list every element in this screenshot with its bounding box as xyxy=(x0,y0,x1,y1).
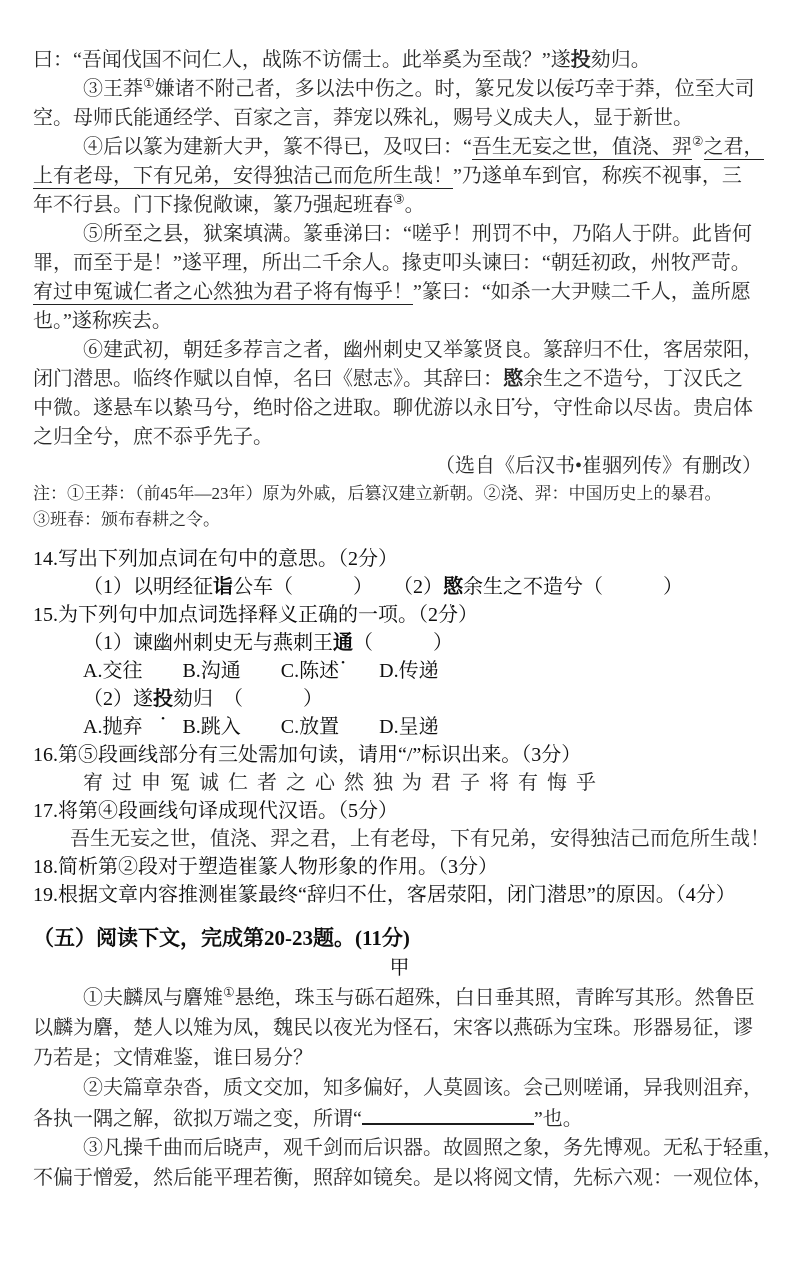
source-attribution: （选自《后汉书•崔骃列传》有删改） xyxy=(33,452,766,481)
passage-line: 以麟为麏，楚人以雉为凤，魏民以夜光为怪石，宋客以燕砾为宝珠。形器易征，谬 xyxy=(33,1013,766,1043)
text-run: （1）以明经征 xyxy=(83,576,213,598)
punctuation-exercise-line: 宥 过 申 冤 诚 仁 者 之 心 然 独 为 君 子 将 有 悔 乎 xyxy=(33,769,766,797)
passage-line: 之归全兮，庶不忝乎先子。 xyxy=(33,423,766,452)
underlined-clause: 宥过申冤诚仁者之心然独为君子将有悔乎！ xyxy=(33,281,413,305)
text-run: （1）谏幽州刺史无与燕刺王 xyxy=(83,632,333,654)
footnote-ref-marker: ① xyxy=(223,984,235,999)
passage-line: 也。”遂称疾去。 xyxy=(33,307,766,336)
text-run: 之归全兮，庶不忝乎先子。 xyxy=(33,426,273,448)
text-run: 罪，而至于是！”遂平理，所出二千余人。掾吏叩头谏曰：“朝廷初政，州牧严苛。 xyxy=(33,252,751,274)
footnote-line: 注：①王莽：（前45年—23年）原为外戚，后篡汉建立新朝。②浇、羿：中国历史上的… xyxy=(33,481,766,507)
footnote-ref-marker: ② xyxy=(692,133,704,148)
text-run: 闭门潜思。临终作赋以自悼，名曰《慰志》。其辞曰： xyxy=(33,368,503,390)
text-run: （五）阅读下文，完成第20-23题。(11分) xyxy=(33,926,410,950)
fill-in-blank xyxy=(362,1103,534,1125)
passage-line: 上有老母，下有兄弟，安得独洁己而危所生哉！”乃遂单车到官，称疾不视事，三 xyxy=(33,162,766,191)
text-run: 注：①王莽：（前45年—23年）原为外戚，后篡汉建立新朝。②浇、羿：中国历史上的… xyxy=(33,484,722,503)
text-run: ②夫篇章杂沓，质文交加，知多偏好，人莫圆该。会己则嗟诵，异我则沮弃， xyxy=(83,1077,763,1099)
text-run: ③凡操千曲而后晓声，观千剑而后识器。故圆照之象，务先博观。无私于轻重， xyxy=(83,1137,783,1159)
passage-line: 乃若是；文情难鉴，谁曰易分？ xyxy=(33,1043,766,1073)
text-run: 曰：“吾闻伐国不问仁人，战陈不访儒士。此举奚为至哉？”遂 xyxy=(33,49,571,71)
text-run: 14.写出下列加点词在句中的意思。（2分） xyxy=(33,548,398,570)
passage-line: ③王莽①嫌诸不附己者，多以法中伤之。时，篆兄发以佞巧幸于莽，位至大司 xyxy=(33,75,766,104)
underlined-clause: 上有老母，下有兄弟，安得独洁己而危所生哉！ xyxy=(33,165,453,189)
text-run: 余生之不造兮（ ） xyxy=(463,576,683,598)
text-run: 劾归。 xyxy=(591,49,651,71)
underlined-clause: 之君， xyxy=(704,136,764,160)
text-run: 中微。遂悬车以絷马兮，绝时俗之进取。聊优游以永日兮，守性命以尽齿。贵启体 xyxy=(33,397,753,419)
document-lines: 曰：“吾闻伐国不问仁人，战陈不访儒士。此举奚为至哉？”遂投劾归。③王莽①嫌诸不附… xyxy=(33,46,766,1193)
footnote-ref-marker: ③ xyxy=(393,191,405,206)
label-jia: 甲 xyxy=(33,954,766,983)
question-15: 15.为下列句中加点词选择释义正确的一项。（2分） xyxy=(33,601,766,629)
text-run: A.交往 B.沟通 C.陈述 D.传递 xyxy=(83,660,439,682)
text-run: 劾归 （ ） xyxy=(173,688,323,710)
text-run: 乃若是；文情难鉴，谁曰易分？ xyxy=(33,1047,313,1069)
passage-line: ③凡操千曲而后晓声，观千剑而后识器。故圆照之象，务先博观。无私于轻重， xyxy=(33,1133,766,1163)
text-run: ③班春：颁布春耕之令。 xyxy=(33,510,220,529)
emphasized-word: 愍 xyxy=(503,365,523,394)
passage-line: ④后以篆为建新大尹，篆不得已，及叹曰：“吾生无妄之世，值浇、羿②之君， xyxy=(33,133,766,162)
question-15-item-2: （2）遂投劾归 （ ） xyxy=(33,685,766,713)
passage-line: 年不行县。门下掾倪敞谏，篆乃强起班春③。 xyxy=(33,191,766,220)
passage-line: ⑥建武初，朝廷多荐言之者，幽州刺史又举篆贤良。篆辞归不仕，客居荥阳， xyxy=(33,336,766,365)
passage-line: 各执一隅之解，欲拟万端之变，所谓“”也。 xyxy=(33,1103,766,1133)
emphasized-word: 投 xyxy=(571,46,591,75)
text-run: 甲 xyxy=(390,957,410,979)
text-run: 年不行县。门下掾倪敞谏，篆乃强起班春 xyxy=(33,194,393,216)
text-run: 宥 过 申 冤 诚 仁 者 之 心 然 独 为 君 子 将 有 悔 乎 xyxy=(83,772,598,794)
emphasized-word: 通 xyxy=(333,629,353,657)
text-run: 各执一隅之解，欲拟万端之变，所谓“ xyxy=(33,1108,362,1130)
text-run: ③王莽 xyxy=(83,78,143,100)
text-run: 吾生无妄之世，值浇、羿之君，上有老母，下有兄弟，安得独洁己而危所生哉！ xyxy=(70,828,770,850)
text-run: （ ） xyxy=(353,632,453,654)
question-14: 14.写出下列加点词在句中的意思。（2分） xyxy=(33,545,766,573)
text-run: 19.根据文章内容推测崔篆最终“辞归不仕，客居荥阳，闭门潜思”的原因。（4分） xyxy=(33,884,736,906)
text-run: （选自《后汉书•崔骃列传》有删改） xyxy=(435,455,762,477)
emphasized-word: 投 xyxy=(153,685,173,713)
text-run: ”也。 xyxy=(534,1108,583,1130)
text-run: 嫌诸不附己者，多以法中伤之。时，篆兄发以佞巧幸于莽，位至大司 xyxy=(155,78,755,100)
text-run: 也。”遂称疾去。 xyxy=(33,310,172,332)
passage-line: 宥过申冤诚仁者之心然独为君子将有悔乎！”篆曰：“如杀一大尹赎二千人，盖所愿 xyxy=(33,278,766,307)
question-15-options-1: A.交往 B.沟通 C.陈述 D.传递 xyxy=(33,657,766,685)
passage-line: 闭门潜思。临终作赋以自悼，名曰《慰志》。其辞曰：愍余生之不造兮，丁汉氏之 xyxy=(33,365,766,394)
passage-line: ①夫麟凤与麏雉①悬绝，珠玉与砾石超殊，白日垂其照，青眸写其形。然鲁臣 xyxy=(33,983,766,1013)
section-heading: （五）阅读下文，完成第20-23题。(11分) xyxy=(33,923,766,954)
question-14-items: （1）以明经征诣公车（ ） （2）愍余生之不造兮（ ） xyxy=(33,573,766,601)
text-run: ”篆曰：“如杀一大尹赎二千人，盖所愿 xyxy=(413,281,751,303)
text-run: ⑤所至之县，狱案填满。篆垂涕曰：“嗟乎！刑罚不中，乃陷人于阱。此皆何 xyxy=(83,223,752,245)
emphasized-word: 诣 xyxy=(213,573,233,601)
question-18: 18.简析第②段对于塑造崔篆人物形象的作用。（3分） xyxy=(33,853,766,881)
footnote-line: ③班春：颁布春耕之令。 xyxy=(33,507,766,533)
question-15-options-2: A.抛弃 B.跳入 C.放置 D.呈递 xyxy=(33,713,766,741)
text-run: （2）遂 xyxy=(83,688,153,710)
passage-line: 中微。遂悬车以絷马兮，绝时俗之进取。聊优游以永日兮，守性命以尽齿。贵启体 xyxy=(33,394,766,423)
emphasized-word: 愍 xyxy=(443,573,463,601)
question-17: 17.将第④段画线句译成现代汉语。（5分） xyxy=(33,797,766,825)
question-19: 19.根据文章内容推测崔篆最终“辞归不仕，客居荥阳，闭门潜思”的原因。（4分） xyxy=(33,881,766,909)
question-16: 16.第⑤段画线部分有三处需加句读，请用“/”标识出来。（3分） xyxy=(33,741,766,769)
passage-line: ②夫篇章杂沓，质文交加，知多偏好，人莫圆该。会己则嗟诵，异我则沮弃， xyxy=(33,1073,766,1103)
text-run: ①夫麟凤与麏雉 xyxy=(83,987,223,1009)
exam-page: 曰：“吾闻伐国不问仁人，战陈不访儒士。此举奚为至哉？”遂投劾归。③王莽①嫌诸不附… xyxy=(0,0,800,1288)
footnote-ref-marker: ① xyxy=(143,75,155,90)
text-run: 以麟为麏，楚人以雉为凤，魏民以夜光为怪石，宋客以燕砾为宝珠。形器易征，谬 xyxy=(33,1017,753,1039)
text-run: 不偏于憎爱，然后能平理若衡，照辞如镜矣。是以将阅文情，先标六观：一观位体， xyxy=(33,1167,773,1189)
passage-line: 曰：“吾闻伐国不问仁人，战陈不访儒士。此举奚为至哉？”遂投劾归。 xyxy=(33,46,766,75)
passage-line: ⑤所至之县，狱案填满。篆垂涕曰：“嗟乎！刑罚不中，乃陷人于阱。此皆何 xyxy=(33,220,766,249)
passage-line: 罪，而至于是！”遂平理，所出二千余人。掾吏叩头谏曰：“朝廷初政，州牧严苛。 xyxy=(33,249,766,278)
translation-sentence-line: 吾生无妄之世，值浇、羿之君，上有老母，下有兄弟，安得独洁己而危所生哉！ xyxy=(33,825,766,853)
underlined-clause: 吾生无妄之世，值浇、羿 xyxy=(472,136,692,160)
text-run: 16.第⑤段画线部分有三处需加句读，请用“/”标识出来。（3分） xyxy=(33,744,581,766)
text-run: 。 xyxy=(405,194,425,216)
text-run: 余生之不造兮，丁汉氏之 xyxy=(523,368,743,390)
text-run: ④后以篆为建新大尹，篆不得已，及叹曰：“ xyxy=(83,136,472,158)
text-run: 悬绝，珠玉与砾石超殊，白日垂其照，青眸写其形。然鲁臣 xyxy=(235,987,755,1009)
text-run: 空。母师氏能通经学、百家之言，莽宠以殊礼，赐号义成夫人，显于新世。 xyxy=(33,107,693,129)
question-15-item-1: （1）谏幽州刺史无与燕刺王通（ ） xyxy=(33,629,766,657)
text-run: A.抛弃 B.跳入 C.放置 D.呈递 xyxy=(83,716,439,738)
text-run: ”乃遂单车到官，称疾不视事，三 xyxy=(453,165,742,187)
text-run: 15.为下列句中加点词选择释义正确的一项。（2分） xyxy=(33,604,478,626)
passage-line: 空。母师氏能通经学、百家之言，莽宠以殊礼，赐号义成夫人，显于新世。 xyxy=(33,104,766,133)
passage-line: 不偏于憎爱，然后能平理若衡，照辞如镜矣。是以将阅文情，先标六观：一观位体， xyxy=(33,1163,766,1193)
text-run: 公车（ ） （2） xyxy=(233,576,443,598)
text-run: 18.简析第②段对于塑造崔篆人物形象的作用。（3分） xyxy=(33,856,498,878)
text-run: 17.将第④段画线句译成现代汉语。（5分） xyxy=(33,800,398,822)
text-run: ⑥建武初，朝廷多荐言之者，幽州刺史又举篆贤良。篆辞归不仕，客居荥阳， xyxy=(83,339,763,361)
